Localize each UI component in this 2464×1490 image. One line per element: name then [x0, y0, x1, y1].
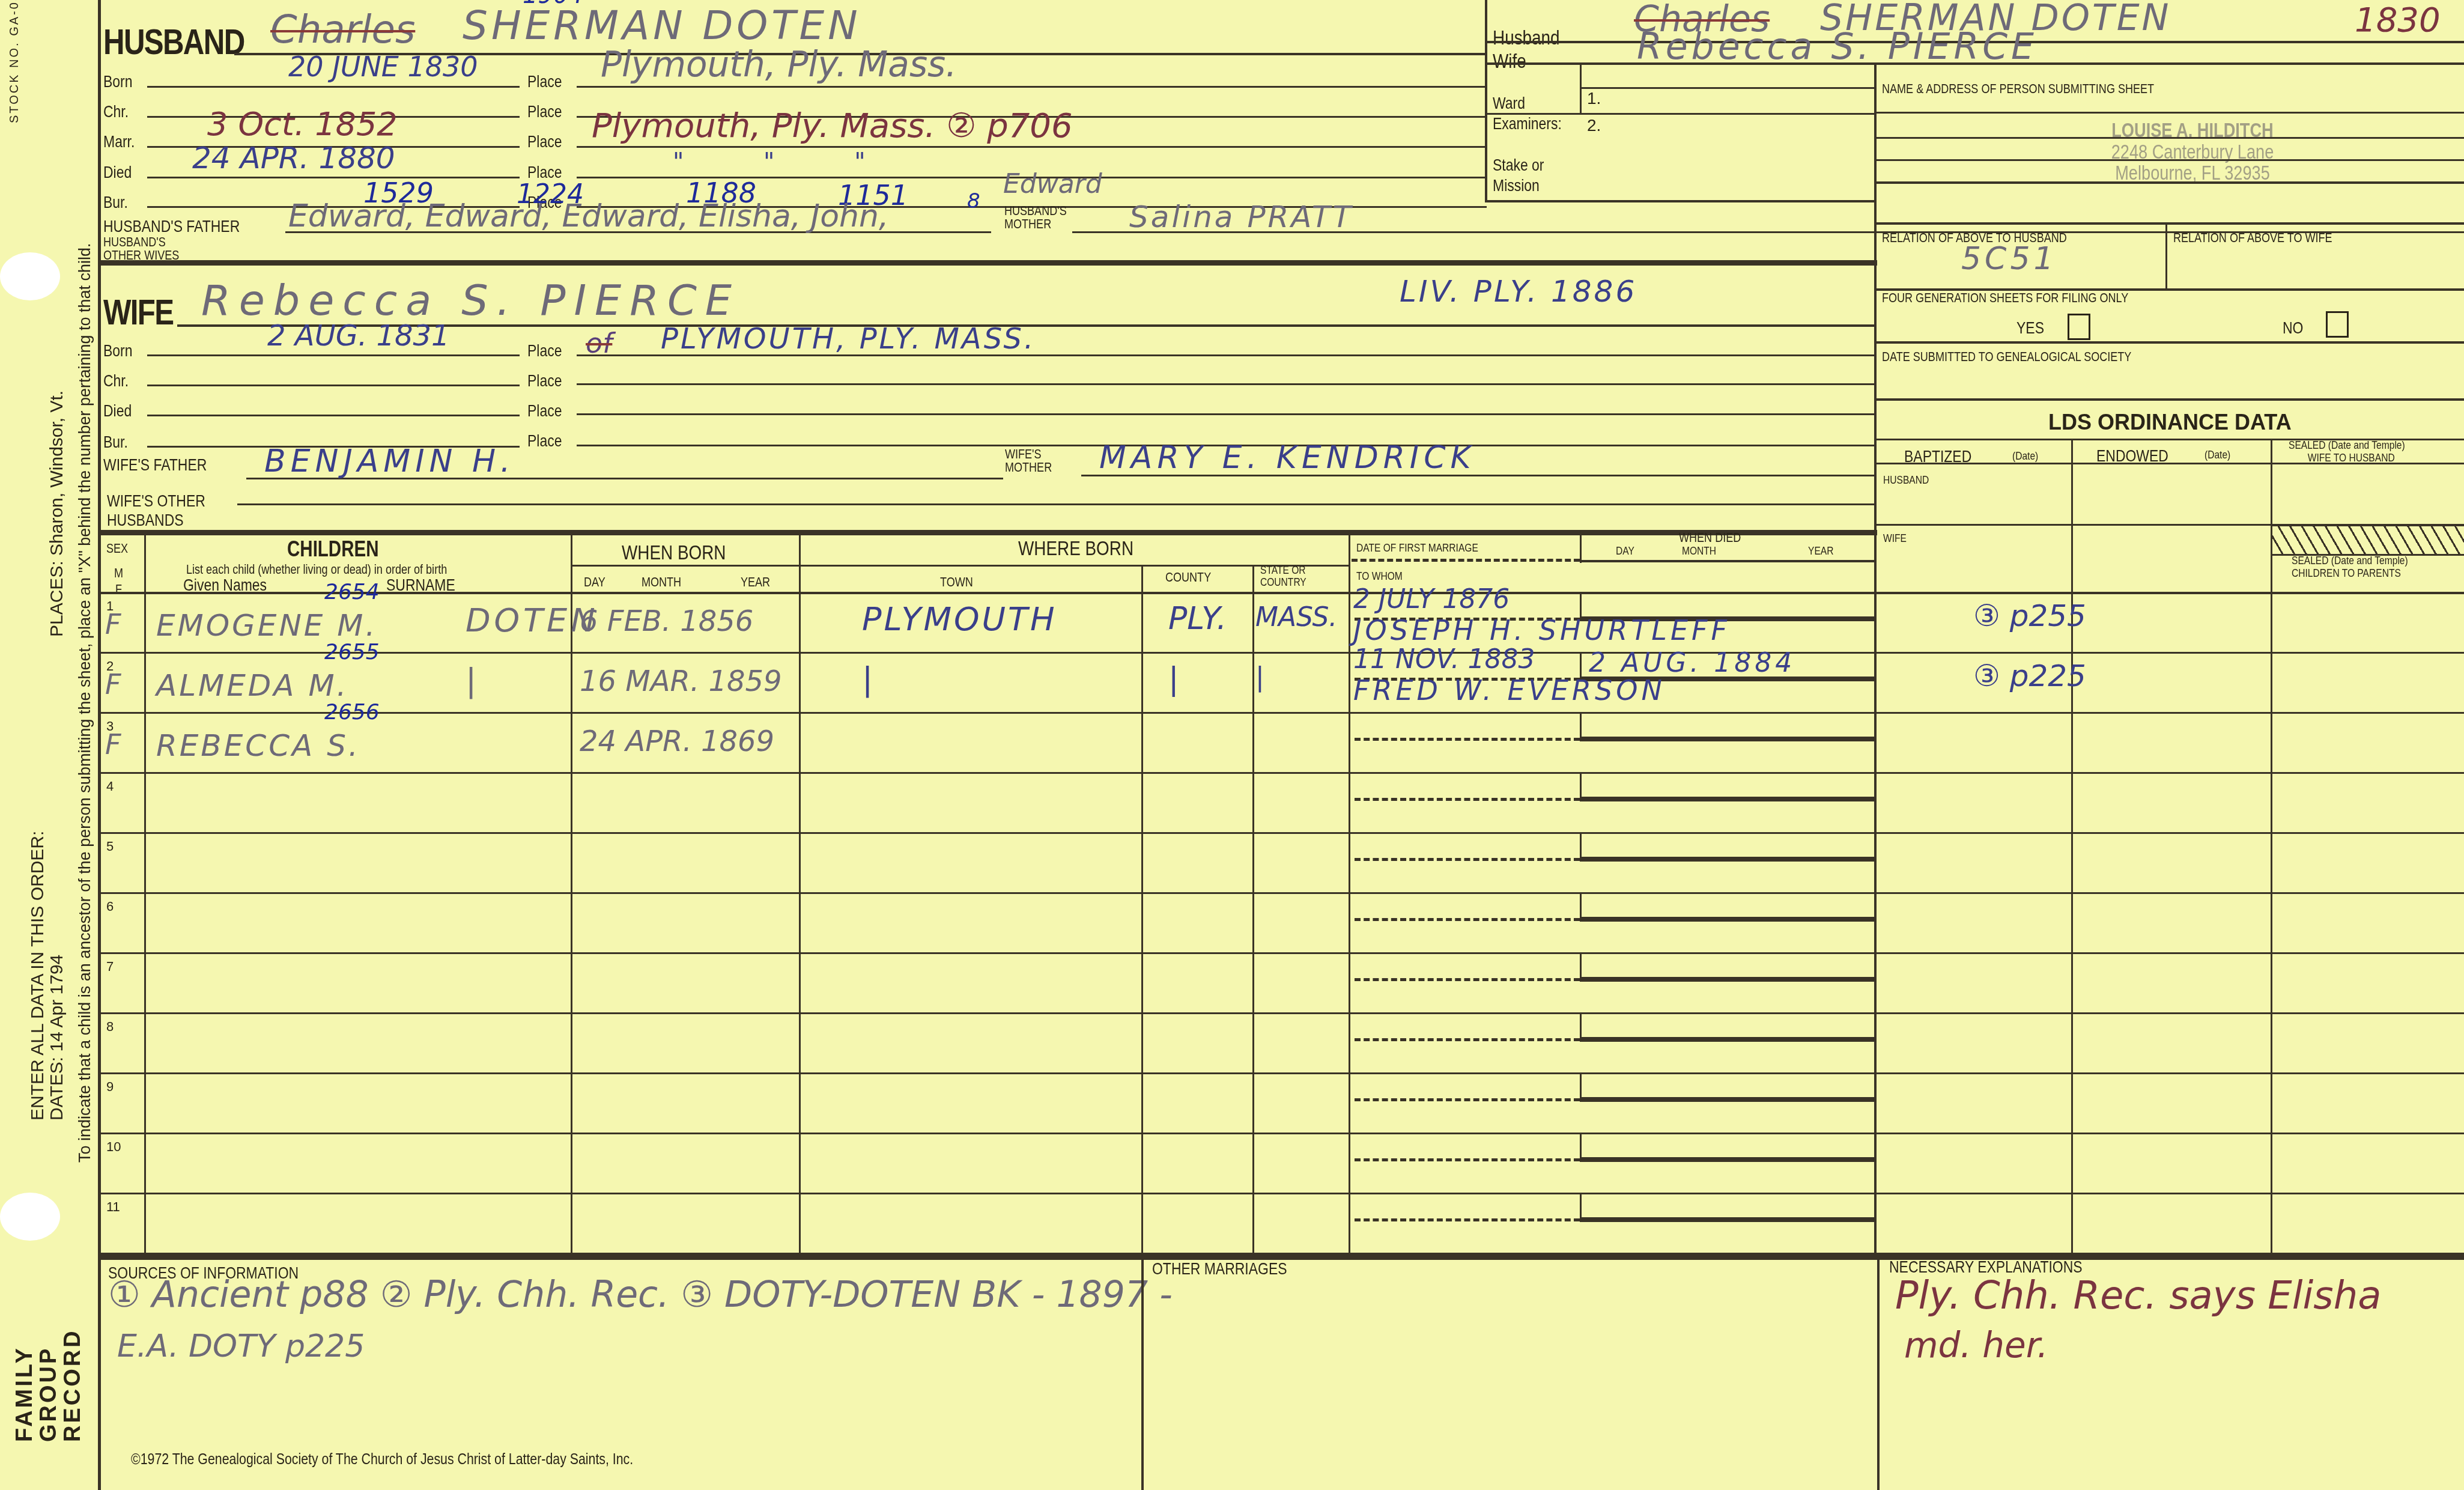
husbands-father-label: HUSBAND'S FATHER — [103, 218, 240, 235]
family-group-record-title: FAMILY GROUP RECORD — [13, 1328, 85, 1442]
husband-born-date[interactable]: 20 JUNE 1830 — [288, 53, 478, 81]
died-year-header: YEAR — [1808, 546, 1833, 557]
husband-born-label: Born — [103, 73, 133, 90]
relation-divider — [2165, 223, 2167, 290]
wife-born-date-line — [147, 354, 520, 356]
yes-checkbox[interactable] — [2068, 314, 2090, 340]
wife-living-note: LIV. PLY. 1886 — [1400, 276, 1637, 306]
husbands-father-field[interactable]: Edward, Edward, Edward, Elisha, John, — [288, 201, 888, 232]
row-number: 10 — [106, 1140, 121, 1154]
punch-hole — [0, 1193, 60, 1241]
wife-died-place-line — [577, 413, 1874, 415]
submitter-line — [1876, 181, 2464, 184]
when-died-header: WHEN DIED — [1679, 531, 1741, 544]
wifes-other-husbands-line — [237, 503, 1874, 505]
table-row: 10 — [99, 1134, 2464, 1194]
wife-died-date-line — [147, 415, 520, 416]
husband-born-place[interactable]: Plymouth, Ply. Mass. — [601, 47, 957, 82]
relation-husband-field[interactable]: 5C51 — [1961, 243, 2057, 275]
sex-header: SEX — [106, 542, 128, 555]
lds-children-sealed-header: SEALED (Date and Temple) CHILDREN TO PAR… — [2292, 555, 2408, 580]
born-month-header: MONTH — [642, 576, 681, 589]
copyright: ©1972 The Genealogical Society of The Ch… — [131, 1451, 633, 1467]
husband-died-place[interactable]: " " " — [673, 150, 902, 174]
place-label: Place — [527, 372, 562, 389]
explanations-field-line2[interactable]: md. her. — [1904, 1328, 2048, 1363]
table-row: 6 — [99, 894, 2464, 954]
husband-died-date[interactable]: 24 APR. 1880 — [192, 143, 395, 173]
husband-died-date-line — [147, 177, 520, 178]
child-sex[interactable]: F — [105, 610, 121, 638]
wifes-other-husbands-label: WIFE'S OTHER HUSBANDS — [107, 491, 205, 530]
husband-name-superscript: 1904 — [523, 0, 584, 7]
label-line: Mission — [1493, 175, 1544, 196]
ward-divider — [1580, 87, 1874, 89]
wife-heading: WIFE — [103, 294, 173, 330]
label-line: WIFE'S OTHER — [107, 491, 205, 511]
panel-husband-label: Husband — [1493, 28, 1560, 48]
died-day-header: DAY — [1616, 546, 1634, 557]
place-label: Place — [527, 433, 562, 449]
label-line: Examiners: — [1493, 114, 1562, 134]
label-line: Ward — [1493, 93, 1562, 114]
places-instruction: PLACES: Sharon, Windsor, Vt. — [48, 391, 66, 637]
row-number: 11 — [106, 1200, 120, 1214]
county-header: COUNTY — [1165, 571, 1211, 584]
marriage-dash — [1352, 559, 1580, 562]
label-line: STATE OR — [1260, 565, 1306, 577]
child-birth-date[interactable]: 16 MAR. 1859 — [580, 667, 782, 696]
child-birth-county[interactable]: PLY. — [1168, 603, 1227, 634]
dates-instruction: DATES: 14 Apr 1794 — [48, 955, 66, 1121]
child-surname[interactable]: | — [466, 664, 480, 697]
lds-title: LDS ORDINANCE DATA — [2048, 412, 2292, 433]
marriage-dash — [1355, 1098, 1580, 1101]
child-surname[interactable]: DOTEN — [466, 604, 599, 637]
label-line: Stake or — [1493, 155, 1544, 175]
died-underline — [1580, 797, 1874, 801]
row-number: 6 — [106, 900, 114, 913]
label-line: SEALED (Date and Temple) — [2289, 440, 2405, 452]
where-born-header: WHERE BORN — [1018, 538, 1133, 559]
stock-number: STOCK NO. GA-032 — [8, 0, 20, 123]
died-underline — [1580, 857, 1874, 862]
child-birth-date[interactable]: 24 APR. 1869 — [580, 727, 774, 756]
row-number: 4 — [106, 780, 114, 793]
four-gen-label: FOUR GENERATION SHEETS FOR FILING ONLY — [1882, 291, 2128, 305]
child-sex[interactable]: F — [105, 731, 121, 758]
wife-born-label: Born — [103, 342, 133, 359]
label-line: SEALED (Date and Temple) — [2292, 555, 2408, 568]
relation-wife-label: RELATION OF ABOVE TO WIFE — [2173, 231, 2332, 245]
label-line: CHILDREN TO PARENTS — [2292, 568, 2408, 580]
ward-examiner-1[interactable]: 1. — [1587, 90, 1601, 107]
no-checkbox[interactable] — [2326, 311, 2349, 338]
label-line: WIFE'S — [1005, 448, 1052, 461]
child-given-names[interactable]: ALMEDA M. — [156, 670, 348, 701]
place-label: Place — [527, 103, 562, 120]
child-birth-state[interactable]: | — [1255, 664, 1264, 691]
row-number: 7 — [106, 960, 114, 973]
header-divider — [571, 565, 1349, 567]
wife-chr-place-line — [577, 383, 1874, 385]
lds-date-label: (Date) — [2012, 451, 2038, 462]
title-line: GROUP — [37, 1328, 61, 1442]
panel-wife-field[interactable]: Rebecca S. PIERCE — [1637, 29, 2038, 65]
row-number: 9 — [106, 1080, 114, 1093]
husband-chr-label: Chr. — [103, 103, 129, 120]
wife-chr-label: Chr. — [103, 372, 129, 389]
wifes-mother-field[interactable]: MARY E. KENDRICK — [1099, 442, 1476, 473]
ward-examiner-2[interactable]: 2. — [1587, 117, 1601, 134]
submitter-label: NAME & ADDRESS OF PERSON SUBMITTING SHEE… — [1882, 82, 2154, 96]
explanations-label: NECESSARY EXPLANATIONS — [1889, 1259, 2083, 1276]
to-whom-header: TO WHOM — [1356, 571, 1403, 582]
husband-heading: HUSBAND — [103, 24, 244, 60]
table-row: 9 — [99, 1074, 2464, 1134]
date-submitted-label: DATE SUBMITTED TO GENEALOGICAL SOCIETY — [1882, 350, 2131, 363]
child-birth-county[interactable]: | — [1168, 663, 1179, 695]
table-row: 11 — [99, 1194, 2464, 1254]
wifes-father-label: WIFE'S FATHER — [103, 457, 207, 473]
child-spouse[interactable]: JOSEPH H. SHURTLEFF — [1353, 616, 1731, 644]
husband-name-struck: Charles — [270, 11, 415, 49]
husband-marr-label: Marr. — [103, 133, 135, 150]
father-edward-note: Edward — [1003, 171, 1102, 198]
label-line: COUNTRY — [1260, 577, 1306, 589]
wife-born-place[interactable]: PLYMOUTH, PLY. MASS. — [661, 324, 1036, 353]
wife-chr-date-line — [147, 385, 520, 386]
label-line: HUSBAND'S — [1004, 204, 1067, 217]
row-number: 8 — [106, 1020, 114, 1033]
label-line: MOTHER — [1004, 217, 1067, 231]
yes-label: YES — [2016, 320, 2044, 336]
child-spouse[interactable]: FRED W. EVERSON — [1353, 677, 1666, 704]
died-underline — [1580, 1097, 1874, 1102]
marriage-dash — [1355, 858, 1580, 861]
child-birth-date[interactable]: 6 FEB. 1856 — [580, 607, 753, 636]
husband-name-field[interactable]: SHERMAN DOTEN — [463, 6, 861, 46]
husband-bur-label: Bur. — [103, 194, 128, 211]
child-birth-town[interactable]: | — [862, 663, 875, 696]
father-ref-number: 8 — [967, 191, 980, 211]
husband-died-label: Died — [103, 164, 132, 181]
label-line: MOTHER — [1005, 461, 1052, 474]
child-birth-state[interactable]: MASS. — [1255, 604, 1337, 631]
relation-top-border — [1876, 222, 2464, 225]
table-row: 2 F 2655 ALMEDA M. | 16 MAR. 1859 | | | … — [99, 654, 2464, 714]
child-sex[interactable]: F — [105, 670, 121, 698]
submitter-stamp: LOUISE A. HILDITCH 2248 Canterbury Lane … — [2092, 120, 2293, 184]
explanations-field-line1[interactable]: Ply. Chh. Rec. says Elisha — [1895, 1277, 2381, 1315]
punch-hole — [0, 252, 60, 300]
place-label: Place — [527, 342, 562, 359]
child-record-id: 2655 — [324, 642, 380, 663]
died-underline — [1580, 737, 1874, 741]
died-underline — [1580, 917, 1874, 922]
sex-m-header: M — [114, 567, 123, 580]
lds-husband-row: HUSBAND — [1883, 475, 1929, 486]
died-underline — [1580, 1157, 1874, 1162]
panel-divider — [1487, 113, 1874, 115]
table-row: 5 — [99, 834, 2464, 894]
marriage-dash — [1355, 1218, 1580, 1221]
other-marriages-border — [1141, 1259, 1144, 1490]
panel-wife-label: Wife — [1493, 51, 1526, 71]
ward-divider — [1580, 65, 1582, 114]
no-label: NO — [2283, 320, 2303, 336]
wife-section-bottom-border — [99, 530, 1877, 535]
child-death-date[interactable]: 2 AUG. 1884 — [1589, 650, 1795, 677]
husbands-mother-label: HUSBAND'S MOTHER — [1004, 204, 1067, 231]
child-record-id: 2656 — [324, 702, 380, 723]
state-header: STATE OR COUNTRY — [1260, 565, 1306, 589]
lds-endowed-header: ENDOWED — [2096, 448, 2168, 464]
died-month-header: MONTH — [1682, 546, 1716, 557]
explanations-border — [1877, 1259, 1880, 1490]
label-line: HUSBAND'S — [103, 236, 179, 249]
child-given-names[interactable]: EMOGENE M. — [156, 610, 377, 640]
died-underline — [1580, 1037, 1874, 1042]
born-day-header: DAY — [584, 576, 605, 589]
row-number: 5 — [106, 840, 114, 853]
child-birth-town[interactable]: PLYMOUTH — [862, 603, 1057, 636]
husband-born-place-line — [577, 86, 1487, 88]
husband-marr-date[interactable]: 3 Oct. 1852 — [207, 108, 398, 141]
order-instruction: ENTER ALL DATA IN THIS ORDER: — [29, 831, 47, 1121]
other-marriages-label: OTHER MARRIAGES — [1152, 1260, 1287, 1277]
lds-wife-row: WIFE — [1883, 533, 1907, 544]
wife-bur-label: Bur. — [103, 434, 128, 451]
given-names-header: Given Names — [183, 577, 267, 594]
table-row: 1 F 2654 EMOGENE M. DOTEN 6 FEB. 1856 PL… — [99, 594, 2464, 654]
submitter-line — [1876, 159, 2464, 161]
when-born-header: WHEN BORN — [622, 543, 726, 563]
wifes-father-field[interactable]: BENJAMIN H. — [264, 446, 515, 477]
first-marriage-header: DATE OF FIRST MARRIAGE — [1356, 543, 1478, 554]
panel-husband-year: 1830 — [2355, 4, 2441, 37]
surname-header: SURNAME — [386, 577, 455, 594]
lds-date-label: (Date) — [2205, 449, 2230, 461]
husband-marr-place-line — [577, 146, 1487, 148]
date-submitted-top-border — [1876, 341, 2464, 344]
child-baptized[interactable]: ③ p255 — [1973, 601, 2086, 631]
panel-divider — [1485, 200, 1874, 202]
title-line: FAMILY — [13, 1328, 37, 1442]
child-record-id: 2654 — [324, 582, 380, 603]
died-col-divider — [1580, 532, 1582, 563]
table-row: 3 F 2656 REBECCA S. 24 APR. 1869 — [99, 714, 2464, 774]
right-panel-border — [1485, 0, 1487, 201]
wife-name-field[interactable]: Rebecca S. PIERCE — [201, 279, 740, 321]
label-line: HUSBANDS — [107, 511, 205, 530]
husband-born-date-line — [147, 86, 520, 88]
marriage-dash — [1355, 1038, 1580, 1041]
lds-hatched-area — [2272, 525, 2464, 556]
wife-died-label: Died — [103, 403, 132, 419]
children-header: CHILDREN — [287, 538, 379, 560]
place-label: Place — [527, 164, 562, 181]
lds-divider — [1876, 463, 2464, 464]
husbands-mother-field[interactable]: Salina PRATT — [1129, 202, 1353, 232]
town-header: TOWN — [940, 576, 973, 589]
child-marriage-date[interactable]: 11 NOV. 1883 — [1353, 646, 1535, 673]
sources-field-line2[interactable]: E.A. DOTY p225 — [117, 1331, 365, 1362]
title-line: RECORD — [61, 1328, 85, 1442]
place-label: Place — [527, 403, 562, 419]
wifes-mother-label: WIFE'S MOTHER — [1005, 448, 1052, 474]
husband-marr-place[interactable]: Plymouth, Ply. Mass. ② p706 — [592, 109, 1073, 143]
table-row: 4 — [99, 774, 2464, 834]
child-given-names[interactable]: REBECCA S. — [156, 731, 360, 761]
marriage-dash — [1355, 738, 1580, 741]
wife-born-date[interactable]: 2 AUG. 1831 — [267, 321, 450, 350]
born-year-header: YEAR — [741, 576, 770, 589]
husbands-other-wives-label: HUSBAND'S OTHER WIVES — [103, 236, 179, 262]
child-baptized[interactable]: ③ p225 — [1973, 661, 2086, 691]
sources-field-line1[interactable]: ① Ancient p88 ② Ply. Chh. Rec. ③ DOTY-DO… — [108, 1277, 1173, 1313]
table-row: 7 — [99, 954, 2464, 1014]
child-marriage-date[interactable]: 2 JULY 1876 — [1353, 586, 1510, 613]
children-note: List each child (whether living or dead)… — [186, 563, 447, 576]
marriage-dash — [1355, 978, 1580, 981]
marriage-dash — [1355, 918, 1580, 921]
marriage-dash — [1355, 798, 1580, 801]
place-label: Place — [527, 133, 562, 150]
table-row: 8 — [99, 1014, 2464, 1074]
marriage-dash — [1355, 1158, 1580, 1161]
husband-section-bottom-border — [99, 260, 1877, 266]
place-label: Place — [527, 73, 562, 90]
died-underline — [1580, 977, 1874, 982]
lds-row-divider — [1876, 592, 2464, 594]
submitter-line — [1876, 137, 2464, 139]
stake-mission-label: Stake or Mission — [1493, 155, 1544, 195]
lds-sealed-header: SEALED (Date and Temple) WIFE TO HUSBAND — [2289, 440, 2405, 465]
died-header-divider — [1580, 560, 1874, 562]
wife-born-place-struck: of — [586, 329, 612, 357]
panel-divider — [1487, 62, 2464, 65]
died-underline — [1580, 1217, 1874, 1222]
ancestor-instruction: To indicate that a child is an ancestor … — [77, 243, 93, 1163]
submitter-line — [1876, 112, 2464, 114]
lds-top-border — [1876, 398, 2464, 401]
